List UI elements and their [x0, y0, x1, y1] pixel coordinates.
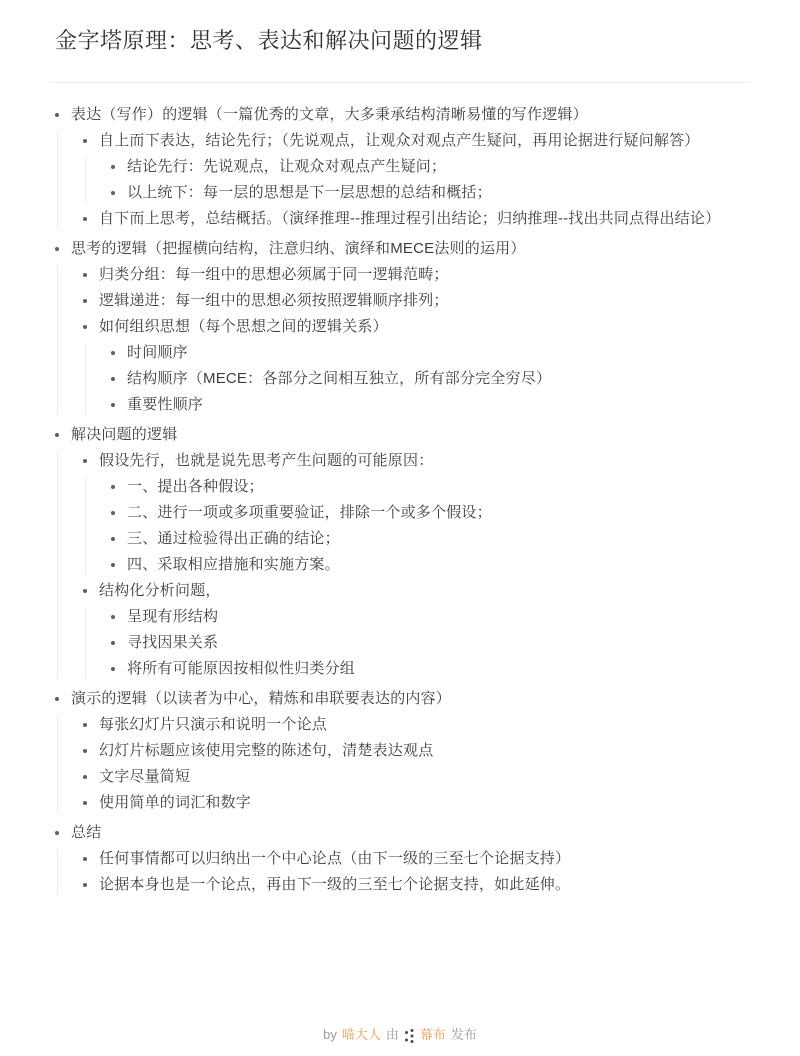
outline-node: 将所有可能原因按相似性归类分组 — [111, 659, 745, 679]
outline-children: 任何事情都可以归纳出一个中心论点（由下一级的三至七个论据支持）论据本身也是一个论… — [57, 849, 745, 895]
outline-item: 解决问题的逻辑 — [55, 425, 745, 445]
outline-node: 如何组织思想（每个思想之间的逻辑关系）时间顺序结构顺序（MECE：各部分之间相互… — [83, 317, 745, 415]
outline-item-text: 以上统下：每一层的思想是下一层思想的总结和概括； — [127, 184, 492, 201]
outline-item: 寻找因果关系 — [111, 633, 745, 653]
outline-item-text: 自上而下表达，结论先行；（先说观点，让观众对观点产生疑问，再用论据进行疑问解答） — [99, 132, 700, 149]
outline-item-text: 每张幻灯片只演示和说明一个论点 — [99, 716, 327, 733]
outline-node: 幻灯片标题应该使用完整的陈述句，清楚表达观点 — [83, 741, 745, 761]
outline-item-text: 演示的逻辑（以读者为中心，精炼和串联要表达的内容） — [71, 690, 451, 707]
outline-item-text: 结构顺序（MECE：各部分之间相互独立，所有部分完全穷尽） — [127, 370, 551, 387]
outline-item-text: 如何组织思想（每个思想之间的逻辑关系） — [99, 318, 388, 335]
outline-children: 时间顺序结构顺序（MECE：各部分之间相互独立，所有部分完全穷尽）重要性顺序 — [85, 343, 745, 415]
bullet-icon[interactable] — [83, 749, 87, 753]
outline-node: 总结任何事情都可以归纳出一个中心论点（由下一级的三至七个论据支持）论据本身也是一… — [55, 823, 745, 895]
outline-item: 自下而上思考，总结概括。（演绎推理--推理过程引出结论；归纳推理--找出共同点得… — [83, 209, 745, 229]
footer-via-label: 由 — [386, 1026, 399, 1044]
outline-item: 任何事情都可以归纳出一个中心论点（由下一级的三至七个论据支持） — [83, 849, 745, 869]
outline-node: 每张幻灯片只演示和说明一个论点 — [83, 715, 745, 735]
bullet-icon[interactable] — [111, 351, 115, 355]
outline-node: 结构顺序（MECE：各部分之间相互独立，所有部分完全穷尽） — [111, 369, 745, 389]
outline-node: 三、通过检验得出正确的结论； — [111, 529, 745, 549]
outline-node: 归类分组：每一组中的思想必须属于同一逻辑范畴； — [83, 265, 745, 285]
outline-item-text: 文字尽量简短 — [99, 768, 190, 785]
bullet-icon[interactable] — [111, 615, 115, 619]
outline-item-text: 假设先行，也就是说先思考产生问题的可能原因： — [99, 452, 433, 469]
outline-item: 自上而下表达，结论先行；（先说观点，让观众对观点产生疑问，再用论据进行疑问解答） — [83, 131, 745, 151]
outline-node: 自下而上思考，总结概括。（演绎推理--推理过程引出结论；归纳推理--找出共同点得… — [83, 209, 745, 229]
outline-node: 重要性顺序 — [111, 395, 745, 415]
outline-item-text: 重要性顺序 — [127, 396, 203, 413]
bullet-icon[interactable] — [111, 191, 115, 195]
outline-item: 如何组织思想（每个思想之间的逻辑关系） — [83, 317, 745, 337]
outline-item: 归类分组：每一组中的思想必须属于同一逻辑范畴； — [83, 265, 745, 285]
document-page: 金字塔原理：思考、表达和解决问题的逻辑 表达（写作）的逻辑（一篇优秀的文章，大多… — [0, 0, 800, 1056]
bullet-icon[interactable] — [83, 139, 87, 143]
bullet-icon[interactable] — [111, 511, 115, 515]
outline-item-text: 总结 — [71, 824, 101, 841]
outline-node: 寻找因果关系 — [111, 633, 745, 653]
outline-item: 幻灯片标题应该使用完整的陈述句，清楚表达观点 — [83, 741, 745, 761]
outline-node: 呈现有形结构 — [111, 607, 745, 627]
footer: by 喵大人 由 幕布 发布 — [0, 1026, 800, 1044]
outline-item: 论据本身也是一个论点，再由下一级的三至七个论据支持，如此延伸。 — [83, 875, 745, 895]
outline-node: 时间顺序 — [111, 343, 745, 363]
author-link[interactable]: 喵大人 — [342, 1026, 381, 1044]
page-title: 金字塔原理：思考、表达和解决问题的逻辑 — [55, 26, 745, 56]
bullet-icon[interactable] — [83, 775, 87, 779]
outline-item: 表达（写作）的逻辑（一篇优秀的文章，大多秉承结构清晰易懂的写作逻辑） — [55, 105, 745, 125]
outline-item-text: 呈现有形结构 — [127, 608, 218, 625]
outline-children: 结论先行：先说观点，让观众对观点产生疑问；以上统下：每一层的思想是下一层思想的总… — [85, 157, 745, 203]
outline-item: 使用简单的词汇和数字 — [83, 793, 745, 813]
bullet-icon[interactable] — [111, 485, 115, 489]
mubu-logo-icon — [404, 1028, 417, 1043]
bullet-icon[interactable] — [83, 217, 87, 221]
title-divider — [50, 82, 750, 83]
outline-node: 四、采取相应措施和实施方案。 — [111, 555, 745, 575]
outline-item-text: 逻辑递进：每一组中的思想必须按照逻辑顺序排列； — [99, 292, 449, 309]
bullet-icon[interactable] — [55, 433, 59, 437]
outline-item: 重要性顺序 — [111, 395, 745, 415]
outline-node: 假设先行，也就是说先思考产生问题的可能原因：一、提出各种假设；二、进行一项或多项… — [83, 451, 745, 575]
outline-item-text: 使用简单的词汇和数字 — [99, 794, 251, 811]
outline-item: 四、采取相应措施和实施方案。 — [111, 555, 745, 575]
bullet-icon[interactable] — [83, 801, 87, 805]
outline-children: 呈现有形结构寻找因果关系将所有可能原因按相似性归类分组 — [85, 607, 745, 679]
outline-item-text: 结论先行：先说观点，让观众对观点产生疑问； — [127, 158, 446, 175]
outline-item: 一、提出各种假设； — [111, 477, 745, 497]
outline-node: 论据本身也是一个论点，再由下一级的三至七个论据支持，如此延伸。 — [83, 875, 745, 895]
outline-children: 一、提出各种假设；二、进行一项或多项重要验证，排除一个或多个假设；三、通过检验得… — [85, 477, 745, 575]
outline-node: 思考的逻辑（把握横向结构，注意归纳、演绎和MECE法则的运用）归类分组：每一组中… — [55, 239, 745, 415]
footer-publish-label: 发布 — [451, 1026, 477, 1044]
outline-children: 每张幻灯片只演示和说明一个论点幻灯片标题应该使用完整的陈述句，清楚表达观点文字尽… — [57, 715, 745, 813]
bullet-icon[interactable] — [111, 563, 115, 567]
outline-item-text: 幻灯片标题应该使用完整的陈述句，清楚表达观点 — [99, 742, 433, 759]
outline-item-text: 四、采取相应措施和实施方案。 — [127, 556, 340, 573]
outline-children: 假设先行，也就是说先思考产生问题的可能原因：一、提出各种假设；二、进行一项或多项… — [57, 451, 745, 679]
outline-item: 将所有可能原因按相似性归类分组 — [111, 659, 745, 679]
outline-node: 二、进行一项或多项重要验证，排除一个或多个假设； — [111, 503, 745, 523]
outline-item: 总结 — [55, 823, 745, 843]
bullet-icon[interactable] — [55, 831, 59, 835]
outline-item-text: 论据本身也是一个论点，再由下一级的三至七个论据支持，如此延伸。 — [99, 876, 570, 893]
outline-item: 二、进行一项或多项重要验证，排除一个或多个假设； — [111, 503, 745, 523]
outline-item: 结构化分析问题， — [83, 581, 745, 601]
outline-item-text: 表达（写作）的逻辑（一篇优秀的文章，大多秉承结构清晰易懂的写作逻辑） — [71, 106, 588, 123]
outline-item: 以上统下：每一层的思想是下一层思想的总结和概括； — [111, 183, 745, 203]
bullet-icon[interactable] — [83, 299, 87, 303]
outline-item-text: 任何事情都可以归纳出一个中心论点（由下一级的三至七个论据支持） — [99, 850, 570, 867]
outline-item: 假设先行，也就是说先思考产生问题的可能原因： — [83, 451, 745, 471]
outline-children: 归类分组：每一组中的思想必须属于同一逻辑范畴；逻辑递进：每一组中的思想必须按照逻… — [57, 265, 745, 415]
outline-node: 解决问题的逻辑假设先行，也就是说先思考产生问题的可能原因：一、提出各种假设；二、… — [55, 425, 745, 679]
bullet-icon[interactable] — [83, 723, 87, 727]
outline-item: 演示的逻辑（以读者为中心，精炼和串联要表达的内容） — [55, 689, 745, 709]
outline-item-text: 思考的逻辑（把握横向结构，注意归纳、演绎和MECE法则的运用） — [71, 240, 526, 257]
bullet-icon[interactable] — [111, 403, 115, 407]
outline-item: 结论先行：先说观点，让观众对观点产生疑问； — [111, 157, 745, 177]
outline-item-text: 结构化分析问题， — [99, 582, 221, 599]
bullet-icon[interactable] — [83, 459, 87, 463]
outline-item-text: 解决问题的逻辑 — [71, 426, 177, 443]
outline-node: 使用简单的词汇和数字 — [83, 793, 745, 813]
outline-item: 时间顺序 — [111, 343, 745, 363]
bullet-icon[interactable] — [111, 537, 115, 541]
outline-node: 演示的逻辑（以读者为中心，精炼和串联要表达的内容）每张幻灯片只演示和说明一个论点… — [55, 689, 745, 813]
bullet-icon[interactable] — [111, 377, 115, 381]
bullet-icon[interactable] — [83, 325, 87, 329]
bullet-icon[interactable] — [83, 883, 87, 887]
bullet-icon[interactable] — [111, 641, 115, 645]
outline-children: 自上而下表达，结论先行；（先说观点，让观众对观点产生疑问，再用论据进行疑问解答）… — [57, 131, 745, 229]
bullet-icon[interactable] — [55, 697, 59, 701]
outline-item-text: 一、提出各种假设； — [127, 478, 264, 495]
outline-item-text: 三、通过检验得出正确的结论； — [127, 530, 340, 547]
outline-node: 逻辑递进：每一组中的思想必须按照逻辑顺序排列； — [83, 291, 745, 311]
outline-node: 结构化分析问题，呈现有形结构寻找因果关系将所有可能原因按相似性归类分组 — [83, 581, 745, 679]
outline-node: 表达（写作）的逻辑（一篇优秀的文章，大多秉承结构清晰易懂的写作逻辑）自上而下表达… — [55, 105, 745, 229]
outline-node: 一、提出各种假设； — [111, 477, 745, 497]
outline-item-text: 将所有可能原因按相似性归类分组 — [127, 660, 355, 677]
outline-item-text: 自下而上思考，总结概括。（演绎推理--推理过程引出结论；归纳推理--找出共同点得… — [99, 210, 720, 227]
outline-node: 结论先行：先说观点，让观众对观点产生疑问； — [111, 157, 745, 177]
bullet-icon[interactable] — [111, 165, 115, 169]
bullet-icon[interactable] — [83, 589, 87, 593]
outline-item: 每张幻灯片只演示和说明一个论点 — [83, 715, 745, 735]
outline: 表达（写作）的逻辑（一篇优秀的文章，大多秉承结构清晰易懂的写作逻辑）自上而下表达… — [55, 105, 745, 895]
outline-node: 以上统下：每一层的思想是下一层思想的总结和概括； — [111, 183, 745, 203]
footer-by-label: by — [323, 1026, 337, 1044]
bullet-icon[interactable] — [55, 113, 59, 117]
outline-node: 任何事情都可以归纳出一个中心论点（由下一级的三至七个论据支持） — [83, 849, 745, 869]
outline-item: 思考的逻辑（把握横向结构，注意归纳、演绎和MECE法则的运用） — [55, 239, 745, 259]
outline-item: 文字尽量简短 — [83, 767, 745, 787]
outline-item: 呈现有形结构 — [111, 607, 745, 627]
outline-node: 文字尽量简短 — [83, 767, 745, 787]
outline-item-text: 时间顺序 — [127, 344, 188, 361]
outline-item: 三、通过检验得出正确的结论； — [111, 529, 745, 549]
outline-item: 结构顺序（MECE：各部分之间相互独立，所有部分完全穷尽） — [111, 369, 745, 389]
mubu-brand-link[interactable]: 幕布 — [420, 1026, 446, 1044]
outline-item-text: 寻找因果关系 — [127, 634, 218, 651]
outline-item: 逻辑递进：每一组中的思想必须按照逻辑顺序排列； — [83, 291, 745, 311]
bullet-icon[interactable] — [55, 247, 59, 251]
bullet-icon[interactable] — [83, 273, 87, 277]
outline-item-text: 二、进行一项或多项重要验证，排除一个或多个假设； — [127, 504, 492, 521]
bullet-icon[interactable] — [83, 857, 87, 861]
bullet-icon[interactable] — [111, 667, 115, 671]
outline-item-text: 归类分组：每一组中的思想必须属于同一逻辑范畴； — [99, 266, 449, 283]
outline-node: 自上而下表达，结论先行；（先说观点，让观众对观点产生疑问，再用论据进行疑问解答）… — [83, 131, 745, 203]
